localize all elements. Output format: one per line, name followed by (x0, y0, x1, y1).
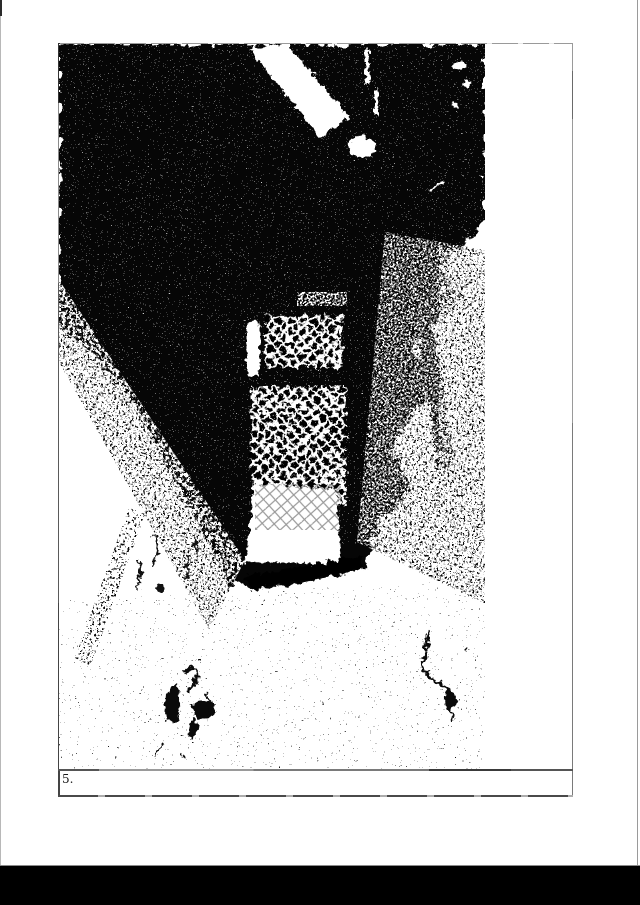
figure-caption: 5. (62, 772, 73, 786)
mine-entrance-photo (59, 44, 485, 769)
figure-frame-right-line (572, 43, 573, 797)
scan-edge-right-line (637, 0, 638, 865)
mass-pinholes (59, 44, 485, 544)
bottom-sparse-specks (59, 580, 485, 769)
scanner-bottom-bar (0, 865, 640, 905)
caption-divider-line (58, 769, 573, 771)
scanned-document-page: { "colors": { "page_bg": "#ffffff", "pho… (0, 0, 640, 905)
figure-frame-bottom-line (58, 795, 573, 797)
scan-corner-mark (0, 0, 2, 16)
scan-edge-left-line (0, 0, 1, 865)
photo-layers (59, 44, 485, 769)
